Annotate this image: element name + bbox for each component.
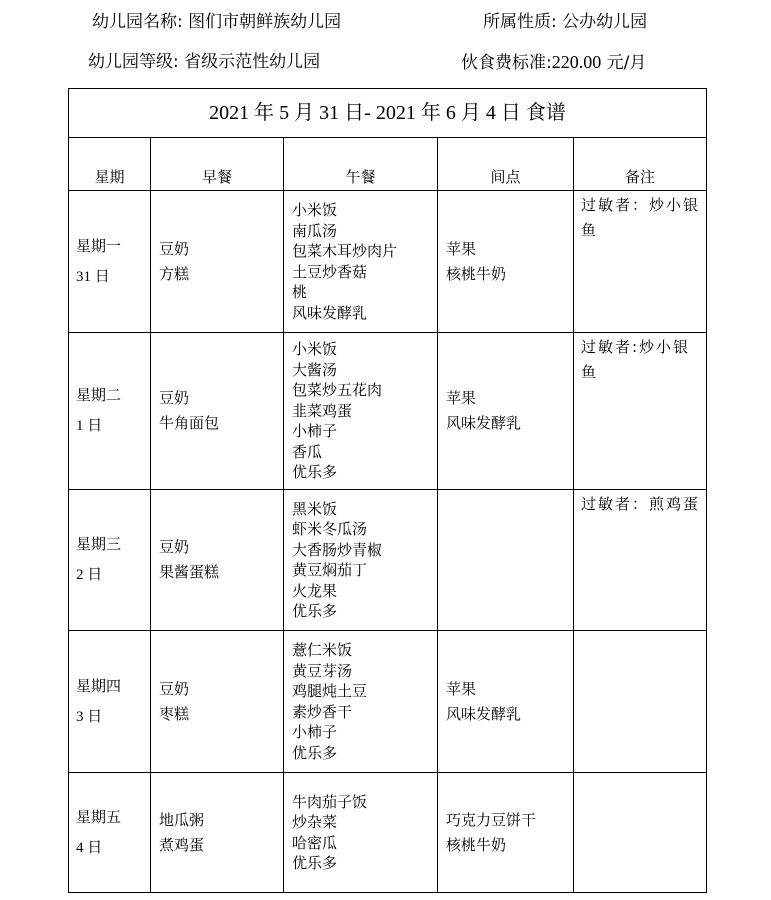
breakfast-item: 牛角面包 — [159, 411, 283, 436]
column-header-weekday: 星期 — [69, 138, 151, 191]
fee-value: 220.00 — [552, 52, 602, 72]
fee-unit: 元/月 — [607, 53, 647, 73]
breakfast-item: 豆奶 — [159, 237, 283, 262]
breakfast-item: 方糕 — [159, 262, 283, 287]
table-row: 星期一31 日豆奶方糕小米饭南瓜汤包菜木耳炒肉片土豆炒香菇桃风味发酵乳苹果核桃牛… — [69, 191, 707, 333]
lunch-item: 包菜炒五花肉 — [292, 380, 437, 401]
note-cell: 过敏者：炒小银鱼 — [574, 191, 707, 333]
weekday-label: 星期一 — [76, 231, 150, 262]
breakfast-item: 枣糕 — [159, 702, 283, 727]
date-label: 1 日 — [76, 411, 150, 442]
table-row: 星期三2 日豆奶果酱蛋糕黑米饭虾米冬瓜汤大香肠炒青椒黄豆焖茄丁火龙果优乐多过敏者… — [69, 490, 707, 631]
lunch-item: 火龙果 — [292, 581, 437, 602]
fee-label: 伙食费标准: — [461, 53, 552, 73]
breakfast-item: 煮鸡蛋 — [159, 833, 283, 858]
snack-item: 核桃牛奶 — [446, 262, 573, 287]
note-cell: 过敏者：煎鸡蛋 — [574, 490, 707, 631]
nature-value: 公办幼儿园 — [562, 12, 647, 32]
note-cell — [574, 773, 707, 893]
kindergarten-level: 幼儿园等级: 省级示范性幼儿园 — [88, 52, 320, 72]
breakfast-cell: 豆奶果酱蛋糕 — [151, 490, 284, 631]
weekday-label: 星期五 — [76, 802, 150, 833]
lunch-item: 大酱汤 — [292, 360, 437, 381]
allergy-note: 过敏者：炒小银鱼 — [581, 196, 700, 239]
column-header-lunch: 午餐 — [284, 138, 438, 191]
lunch-item: 炒杂菜 — [292, 812, 437, 833]
lunch-item: 韭菜鸡蛋 — [292, 401, 437, 422]
snack-cell: 苹果风味发酵乳 — [438, 333, 574, 490]
lunch-item: 薏仁米饭 — [292, 640, 437, 661]
kindergarten-name: 幼儿园名称: 图们市朝鲜族幼儿园 — [92, 12, 341, 32]
snack-cell: 巧克力豆饼干核桃牛奶 — [438, 773, 574, 893]
lunch-cell: 黑米饭虾米冬瓜汤大香肠炒青椒黄豆焖茄丁火龙果优乐多 — [284, 490, 438, 631]
note-cell — [574, 631, 707, 773]
snack-cell: 苹果风味发酵乳 — [438, 631, 574, 773]
snack-item: 苹果 — [446, 677, 573, 702]
weekday-cell: 星期四3 日 — [69, 631, 151, 773]
date-label: 31 日 — [76, 262, 150, 293]
lunch-item: 黑米饭 — [292, 499, 437, 520]
lunch-cell: 小米饭大酱汤包菜炒五花肉韭菜鸡蛋小柿子香瓜优乐多 — [284, 333, 438, 490]
lunch-item: 桃 — [292, 282, 437, 303]
level-label: 幼儿园等级: — [88, 52, 179, 72]
lunch-item: 黄豆焖茄丁 — [292, 560, 437, 581]
breakfast-item: 豆奶 — [159, 677, 283, 702]
lunch-item: 优乐多 — [292, 853, 437, 874]
breakfast-item: 地瓜粥 — [159, 808, 283, 833]
breakfast-cell: 豆奶牛角面包 — [151, 333, 284, 490]
lunch-item: 黄豆芽汤 — [292, 661, 437, 682]
weekday-cell: 星期三2 日 — [69, 490, 151, 631]
level-value: 省级示范性幼儿园 — [184, 52, 320, 72]
breakfast-item: 豆奶 — [159, 535, 283, 560]
lunch-item: 南瓜汤 — [292, 221, 437, 242]
lunch-item: 大香肠炒青椒 — [292, 540, 437, 561]
breakfast-cell: 豆奶枣糕 — [151, 631, 284, 773]
snack-item: 苹果 — [446, 237, 573, 262]
weekly-menu-table: 2021 年 5 月 31 日- 2021 年 6 月 4 日 食谱 星期 早餐… — [68, 88, 707, 893]
lunch-item: 牛肉茄子饭 — [292, 792, 437, 813]
lunch-item: 香瓜 — [292, 442, 437, 463]
column-header-note: 备注 — [574, 138, 707, 191]
lunch-item: 虾米冬瓜汤 — [292, 519, 437, 540]
breakfast-cell: 地瓜粥煮鸡蛋 — [151, 773, 284, 893]
breakfast-item: 果酱蛋糕 — [159, 560, 283, 585]
snack-item: 苹果 — [446, 386, 573, 411]
allergy-note: 过敏者:炒小银鱼 — [581, 338, 690, 381]
lunch-item: 素炒香干 — [292, 702, 437, 723]
snack-cell — [438, 490, 574, 631]
lunch-item: 优乐多 — [292, 462, 437, 483]
breakfast-cell: 豆奶方糕 — [151, 191, 284, 333]
lunch-item: 优乐多 — [292, 743, 437, 764]
lunch-item: 优乐多 — [292, 601, 437, 622]
weekday-cell: 星期五4 日 — [69, 773, 151, 893]
kindergarten-nature: 所属性质: 公办幼儿园 — [483, 12, 647, 32]
snack-item: 风味发酵乳 — [446, 411, 573, 436]
lunch-item: 土豆炒香菇 — [292, 262, 437, 283]
note-cell: 过敏者:炒小银鱼 — [574, 333, 707, 490]
snack-item: 风味发酵乳 — [446, 702, 573, 727]
name-value: 图们市朝鲜族幼儿园 — [188, 12, 341, 32]
table-row: 星期四3 日豆奶枣糕薏仁米饭黄豆芽汤鸡腿炖土豆素炒香干小柿子优乐多苹果风味发酵乳 — [69, 631, 707, 773]
date-label: 3 日 — [76, 702, 150, 733]
snack-cell: 苹果核桃牛奶 — [438, 191, 574, 333]
date-label: 2 日 — [76, 560, 150, 591]
allergy-note: 过敏者：煎鸡蛋 — [581, 495, 700, 513]
column-header-snack: 间点 — [438, 138, 574, 191]
meal-fee: 伙食费标准:220.00 元/月 — [461, 52, 646, 73]
lunch-item: 哈密瓜 — [292, 833, 437, 854]
weekday-label: 星期二 — [76, 380, 150, 411]
weekday-cell: 星期二1 日 — [69, 333, 151, 490]
weekday-cell: 星期一31 日 — [69, 191, 151, 333]
snack-item: 巧克力豆饼干 — [446, 808, 573, 833]
column-header-breakfast: 早餐 — [151, 138, 284, 191]
header-row: 星期 早餐 午餐 间点 备注 — [69, 138, 707, 191]
table-row: 星期五4 日地瓜粥煮鸡蛋牛肉茄子饭炒杂菜哈密瓜优乐多巧克力豆饼干核桃牛奶 — [69, 773, 707, 893]
breakfast-item: 豆奶 — [159, 386, 283, 411]
lunch-item: 包菜木耳炒肉片 — [292, 241, 437, 262]
weekday-label: 星期三 — [76, 529, 150, 560]
lunch-cell: 薏仁米饭黄豆芽汤鸡腿炖土豆素炒香干小柿子优乐多 — [284, 631, 438, 773]
lunch-item: 小米饭 — [292, 339, 437, 360]
lunch-item: 风味发酵乳 — [292, 303, 437, 324]
lunch-cell: 小米饭南瓜汤包菜木耳炒肉片土豆炒香菇桃风味发酵乳 — [284, 191, 438, 333]
weekday-label: 星期四 — [76, 671, 150, 702]
table-row: 星期二1 日豆奶牛角面包小米饭大酱汤包菜炒五花肉韭菜鸡蛋小柿子香瓜优乐多苹果风味… — [69, 333, 707, 490]
date-label: 4 日 — [76, 833, 150, 864]
lunch-item: 鸡腿炖土豆 — [292, 681, 437, 702]
name-label: 幼儿园名称: — [92, 12, 183, 32]
menu-title: 2021 年 5 月 31 日- 2021 年 6 月 4 日 食谱 — [69, 89, 707, 138]
lunch-item: 小米饭 — [292, 200, 437, 221]
lunch-item: 小柿子 — [292, 722, 437, 743]
snack-item: 核桃牛奶 — [446, 833, 573, 858]
lunch-item: 小柿子 — [292, 421, 437, 442]
nature-label: 所属性质: — [483, 12, 557, 32]
lunch-cell: 牛肉茄子饭炒杂菜哈密瓜优乐多 — [284, 773, 438, 893]
